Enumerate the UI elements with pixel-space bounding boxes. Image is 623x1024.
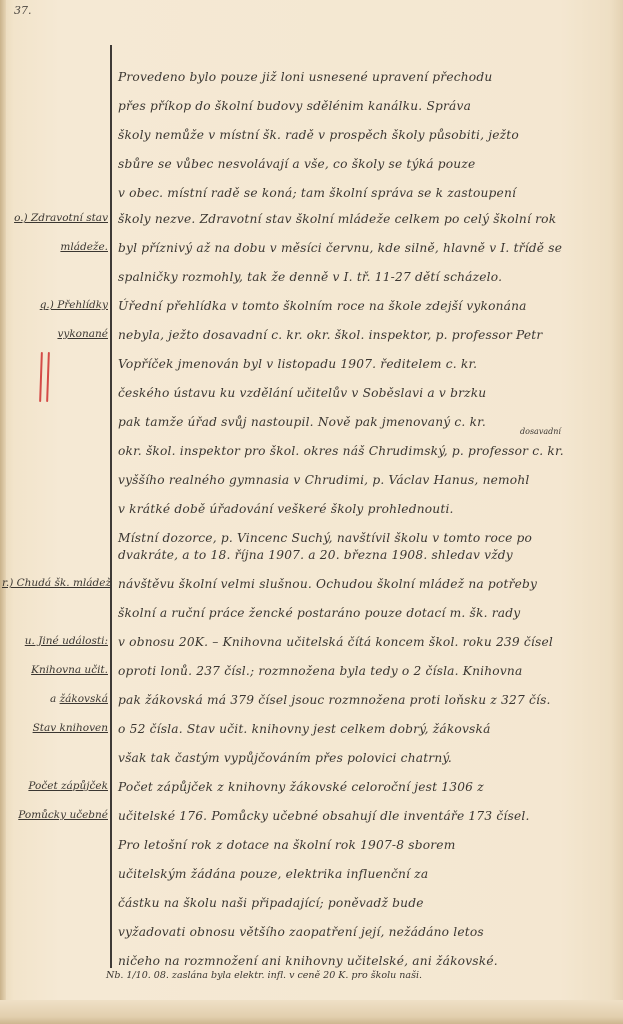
page-bottom-edge — [0, 1000, 623, 1024]
text-line: vyžadovati obnosu většího zaopatření jej… — [118, 925, 618, 939]
margin-rule — [110, 45, 112, 968]
text-line: v obnosu 20K. – Knihovna učitelská čítá … — [118, 635, 618, 649]
margin-note-pupil-library: a žákovská — [2, 693, 108, 705]
text-line: o 52 čísla. Stav učit. knihovny jest cel… — [118, 722, 618, 736]
margin-note-inspections-sub: vykonané — [2, 328, 108, 340]
margin-note-library-state: Stav knihoven — [2, 722, 108, 734]
text-line: Pro letošní rok z dotace na školní rok 1… — [118, 838, 618, 852]
text-line: Počet zápůjček z knihovny žákovské celor… — [118, 780, 618, 794]
text-line: však tak častým vypůjčováním přes polovi… — [118, 751, 618, 765]
text-line: učitelské 176. Pomůcky učebné obsahují d… — [118, 809, 618, 823]
text-line: částku na školu naši připadající; poněva… — [118, 896, 618, 910]
page-binding-edge — [0, 0, 6, 1024]
text-line: Provedeno bylo pouze již loni usnesené u… — [118, 70, 618, 84]
text-line: vyššího realného gymnasia v Chrudimi, p.… — [118, 473, 618, 487]
text-line: dvakráte, a to 18. října 1907. a 20. bře… — [118, 548, 618, 562]
text-line: sbůre se vůbec nesvolávají a vše, co ško… — [118, 157, 618, 171]
text-line: školní a ruční práce žencké postaráno po… — [118, 606, 618, 620]
text-line: učitelským žádána pouze, elektrika influ… — [118, 867, 618, 881]
text-line: návštěvu školní velmi slušnou. Ochudou š… — [118, 577, 618, 591]
text-line: ničeho na rozmnožení ani knihovny učitel… — [118, 954, 618, 968]
text-line: Vopříček jmenován byl v listopadu 1907. … — [118, 357, 618, 371]
text-line: v krátké době úřadování veškeré školy pr… — [118, 502, 618, 516]
footnote: Nb. 1/10. 08. zaslána byla elektr. infl.… — [106, 970, 422, 981]
margin-note-health-sub: mládeže. — [2, 241, 108, 253]
text-line: Místní dozorce, p. Vincenc Suchý, navští… — [118, 531, 618, 545]
text-line: školy nemůže v místní šk. radě v prospěc… — [118, 128, 618, 142]
text-line: Úřední přehlídka v tomto školním roce na… — [118, 299, 618, 313]
text-line: oproti lonů. 237 čísl.; rozmnožena byla … — [118, 664, 618, 678]
text-line: školy nezve. Zdravotní stav školní mláde… — [118, 212, 618, 226]
text-line: pak žákovská má 379 čísel jsouc rozmnože… — [118, 693, 618, 707]
text-line: v obec. místní radě se koná; tam školní … — [118, 186, 618, 200]
margin-note-teaching-aids: Pomůcky učebné — [2, 809, 108, 821]
margin-note-other-events: u. Jiné události: — [2, 635, 108, 647]
text-line: byl příznivý až na dobu v měsíci červnu,… — [118, 241, 618, 255]
page-number: 37. — [14, 4, 32, 17]
notebook-page: 37. o.) Zdravotní stav mládeže. q.) Přeh… — [0, 0, 623, 1024]
margin-note-inspections: q.) Přehlídky — [2, 299, 108, 311]
text-line: nebyla, ježto dosavadní c. kr. okr. škol… — [118, 328, 618, 342]
margin-note-poor-youth: r.) Chudá šk. mládež — [2, 577, 108, 589]
margin-note-health: o.) Zdravotní stav — [2, 212, 108, 224]
text-line: spalničky rozmohly, tak že denně v I. tř… — [118, 270, 618, 284]
text-line: přes příkop do školní budovy sdělénim ka… — [118, 99, 618, 113]
margin-note-teacher-library: Knihovna učit. — [2, 664, 108, 676]
text-line: okr. škol. inspektor pro škol. okres náš… — [118, 444, 618, 458]
margin-note-loans-count: Počet zápůjček — [2, 780, 108, 792]
red-double-line-mark — [38, 352, 52, 402]
text-line: českého ústavu ku vzdělání učitelův v So… — [118, 386, 618, 400]
interlinear-note: dosavadní — [520, 427, 561, 436]
